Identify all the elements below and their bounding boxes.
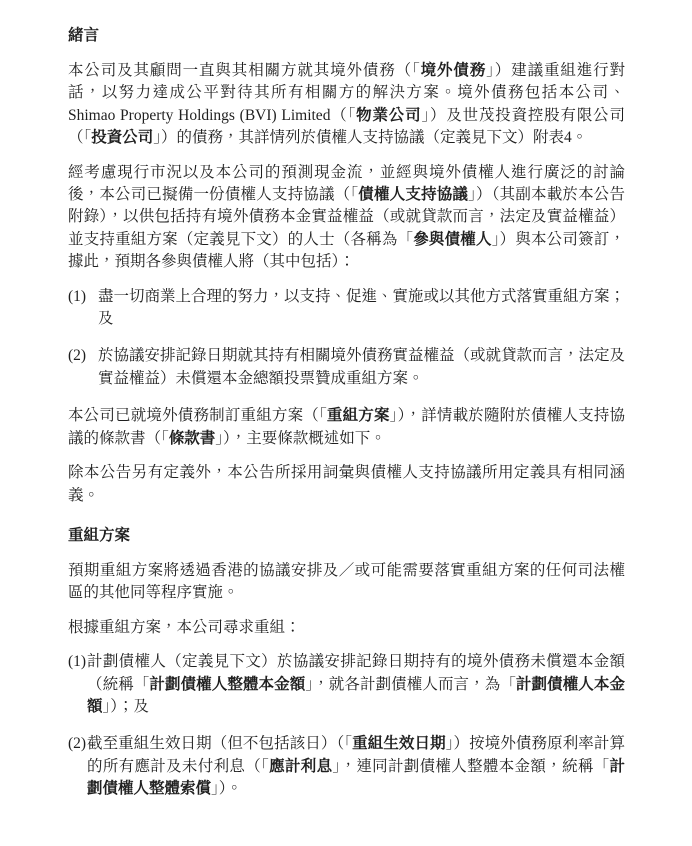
text-run: 本公司及其顧問一直與其相關方就其境外債務（「 [68,62,421,79]
paragraph: 除本公告另有定義外，本公告所採用詞彙與債權人支持協議所用定義具有相同涵義。 [68,462,625,507]
list-marker: (2) [68,733,87,800]
document-content: 緒言本公司及其顧問一直與其相關方就其境外債務（「境外債務」）建議重組進行對話，以… [68,25,625,801]
defined-term: 條款書 [169,430,216,447]
text-run: 本公司已就境外債務制訂重組方案（「 [68,407,327,424]
list-item-text: 截至重組生效日期（但不包括該日）（「重組生效日期」）按境外債務原利率計算的所有應… [87,733,625,800]
defined-term: 重組方案 [68,527,130,544]
text-run: 根據重組方案，本公司尋求重組： [68,619,301,636]
paragraph: 本公司及其顧問一直與其相關方就其境外債務（「境外債務」）建議重組進行對話，以努力… [68,60,625,150]
section-heading: 重組方案 [68,525,625,547]
paragraph: 本公司已就境外債務制訂重組方案（「重組方案」），詳情載於隨附於債權人支持協議的條… [68,405,625,450]
defined-term: 境外債務 [421,62,487,79]
list-item: (1)計劃債權人（定義見下文）於協議安排記錄日期持有的境外債務未償還本金額（統稱… [68,651,625,718]
defined-term: 參與債權人 [413,231,491,248]
text-run: 」）的債務，其詳情列於債權人支持協議（定義見下文）附表4。 [153,129,587,146]
defined-term: 重組生效日期 [352,735,446,752]
section-heading: 緒言 [68,25,625,47]
list-item-text: 於協議安排記錄日期就其持有相關境外債務實益權益（或就貸款而言，法定及實益權益）未… [98,345,625,390]
text-run: 」，就各計劃債權人而言，為「 [305,676,516,693]
list-item: (2)截至重組生效日期（但不包括該日）（「重組生效日期」）按境外債務原利率計算的… [68,733,625,800]
document-page: 緒言本公司及其顧問一直與其相關方就其境外債務（「境外債務」）建議重組進行對話，以… [0,0,692,846]
paragraph: 根據重組方案，本公司尋求重組： [68,617,625,639]
list-marker: (2) [68,345,98,390]
text-run: 」，連同計劃債權人整體本金額，統稱「 [332,758,609,775]
defined-term: 物業公司 [356,107,421,124]
text-run: 除本公告另有定義外，本公告所採用詞彙與債權人支持協議所用定義具有相同涵義。 [68,464,625,503]
text-run: 截至重組生效日期（但不包括該日）（「 [87,735,352,752]
paragraph: 經考慮現行市況以及本公司的預測現金流，並經與境外債權人進行廣泛的討論後，本公司已… [68,162,625,274]
text-run: 預期重組方案將透過香港的協議安排及／或可能需要落實重組方案的任何司法權區的其他同… [68,562,625,601]
text-run: 盡一切商業上合理的努力，以支持、促進、實施或以其他方式落實重組方案；及 [98,288,625,327]
list-marker: (1) [68,286,98,331]
text-run: 」），主要條款概述如下。 [215,430,386,447]
defined-term: 緒言 [68,27,99,44]
defined-term: 投資公司 [91,129,153,146]
list-item: (1)盡一切商業上合理的努力，以支持、促進、實施或以其他方式落實重組方案；及 [68,286,625,331]
defined-term: 重組方案 [327,407,390,424]
list-marker: (1) [68,651,87,718]
text-run: 於協議安排記錄日期就其持有相關境外債務實益權益（或就貸款而言，法定及實益權益）未… [98,347,625,386]
list-item-text: 計劃債權人（定義見下文）於協議安排記錄日期持有的境外債務未償還本金額（統稱「計劃… [87,651,625,718]
paragraph: 預期重組方案將透過香港的協議安排及／或可能需要落實重組方案的任何司法權區的其他同… [68,560,625,605]
text-run: 」）；及 [103,698,150,715]
defined-term: 應計利息 [269,758,332,775]
defined-term: 計劃債權人整體本金額 [149,676,305,693]
list-item-text: 盡一切商業上合理的努力，以支持、促進、實施或以其他方式落實重組方案；及 [98,286,625,331]
text-run: 」）。 [211,780,242,797]
defined-term: 債權人支持協議 [358,186,468,203]
list-item: (2)於協議安排記錄日期就其持有相關境外債務實益權益（或就貸款而言，法定及實益權… [68,345,625,390]
